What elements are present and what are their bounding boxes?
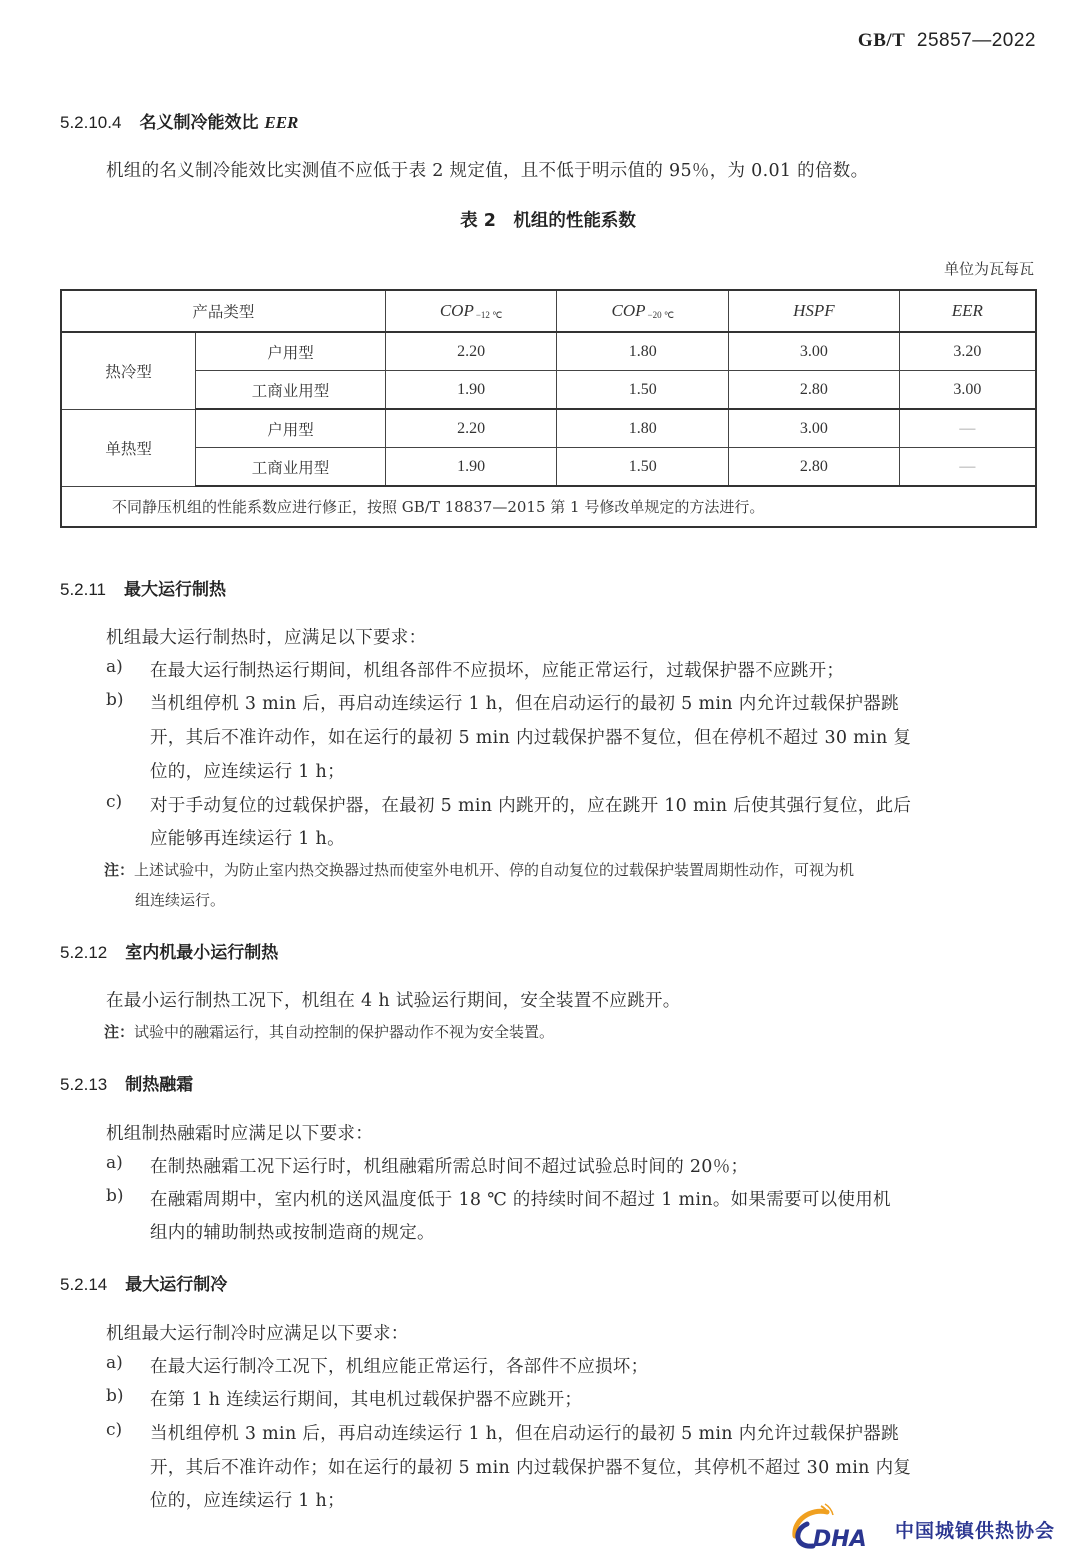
list-item: 在第 1 h 连续运行期间，其电机过载保护器不应跳开； bbox=[150, 1386, 582, 1411]
table-header-row: 产品类型 COP−12 ℃ COP−20 ℃ HSPF EER bbox=[61, 290, 1036, 332]
section-heading-5-2-13: 5.2.13制热融霜 bbox=[60, 1070, 193, 1095]
dha-watermark-logo: DHA 中国城镇供热协会 bbox=[787, 1502, 1057, 1552]
org-name: 中国城镇供热协会 bbox=[895, 1516, 1055, 1543]
note-text: 上述试验中，为防止室内热交换器过热而使室外电机开、停的自动复位的过载保护装置周期… bbox=[134, 861, 854, 879]
eer-cell: — bbox=[899, 448, 1036, 487]
type-cell: 户用型 bbox=[196, 332, 386, 371]
section-heading-5-2-14: 5.2.14最大运行制冷 bbox=[60, 1270, 227, 1295]
header-hspf: HSPF bbox=[729, 290, 900, 332]
svg-text:DHA: DHA bbox=[813, 1527, 867, 1552]
section-title: 最大运行制热 bbox=[124, 580, 226, 600]
note-label: 注： bbox=[104, 861, 134, 879]
group-name: 单热型 bbox=[61, 409, 196, 486]
table-caption: 表 2 机组的性能系数 bbox=[0, 207, 1080, 232]
note: 注：试验中的融霜运行，其自动控制的保护器动作不视为安全装置。 bbox=[104, 1021, 554, 1042]
list-item: 在最大运行制冷工况下，机组应能正常运行，各部件不应损坏； bbox=[150, 1353, 648, 1378]
section-number: 5.2.10.4 bbox=[60, 113, 121, 132]
hspf-cell: 3.00 bbox=[729, 332, 900, 371]
paragraph-body: 在最小运行制热工况下，机组在 4 h 试验运行期间，安全装置不应跳开。 bbox=[106, 987, 681, 1012]
list-item: 当机组停机 3 min 后，再启动连续运行 1 h，但在启动运行的最初 5 mi… bbox=[150, 690, 899, 715]
note-continued: 组连续运行。 bbox=[135, 889, 225, 910]
eer-cell: 3.00 bbox=[899, 371, 1036, 410]
header-eer: EER bbox=[899, 290, 1036, 332]
section-number: 5.2.12 bbox=[60, 943, 107, 962]
cop12-cell: 1.90 bbox=[385, 371, 557, 410]
paragraph-intro: 机组制热融霜时应满足以下要求： bbox=[106, 1120, 373, 1145]
list-item-continued: 应能够再连续运行 1 h。 bbox=[150, 825, 345, 850]
list-label: a) bbox=[106, 1353, 123, 1373]
list-label: b) bbox=[106, 1386, 124, 1406]
section-title: 制热融霜 bbox=[125, 1075, 193, 1095]
paragraph-eer: 机组的名义制冷能效比实测值不应低于表 2 规定值，且不低于明示值的 95％，为 … bbox=[106, 157, 868, 182]
header-cop-12: COP−12 ℃ bbox=[385, 290, 557, 332]
eer-cell: 3.20 bbox=[899, 332, 1036, 371]
list-label: c) bbox=[106, 1420, 122, 1440]
standard-prefix: GB/T bbox=[858, 30, 905, 51]
section-heading-5-2-11: 5.2.11最大运行制热 bbox=[60, 575, 226, 600]
list-item: 在制热融霜工况下运行时，机组融霜所需总时间不超过试验总时间的 20％； bbox=[150, 1153, 748, 1178]
table-row: 工商业用型 1.90 1.50 2.80 3.00 bbox=[61, 371, 1036, 410]
table-footnote: 不同静压机组的性能系数应进行修正，按照 GB/T 18837—2015 第 1 … bbox=[61, 486, 1036, 527]
list-label: c) bbox=[106, 792, 122, 812]
list-item: 当机组停机 3 min 后，再启动连续运行 1 h，但在启动运行的最初 5 mi… bbox=[150, 1420, 899, 1445]
list-item-continued: 开，其后不准许动作；如在运行的最初 5 min 内过载保护器不复位，其停机不超过… bbox=[150, 1454, 911, 1479]
list-item: 对于手动复位的过载保护器，在最初 5 min 内跳开的，应在跳开 10 min … bbox=[150, 792, 911, 817]
section-title: 名义制冷能效比 bbox=[139, 113, 258, 133]
header-cop-20: COP−20 ℃ bbox=[557, 290, 729, 332]
cop20-cell: 1.50 bbox=[557, 448, 729, 487]
list-item-continued: 组内的辅助制热或按制造商的规定。 bbox=[150, 1219, 435, 1244]
note-label: 注： bbox=[104, 1023, 134, 1041]
cop12-cell: 2.20 bbox=[385, 332, 557, 371]
standard-number: GB/T 25857—2022 bbox=[858, 30, 1036, 52]
table-row: 热冷型 户用型 2.20 1.80 3.00 3.20 bbox=[61, 332, 1036, 371]
hspf-cell: 2.80 bbox=[729, 371, 900, 410]
section-title-eer: EER bbox=[264, 113, 298, 132]
list-item: 在融霜周期中，室内机的送风温度低于 18 ℃ 的持续时间不超过 1 min。如果… bbox=[150, 1186, 891, 1211]
table-row: 工商业用型 1.90 1.50 2.80 — bbox=[61, 448, 1036, 487]
list-label: a) bbox=[106, 657, 123, 677]
cop20-cell: 1.50 bbox=[557, 371, 729, 410]
note-text: 试验中的融霜运行，其自动控制的保护器动作不视为安全装置。 bbox=[134, 1023, 554, 1041]
eer-cell: — bbox=[899, 409, 1036, 448]
type-cell: 工商业用型 bbox=[196, 448, 386, 487]
list-item-continued: 开，其后不准许动作，如在运行的最初 5 min 内过载保护器不复位，但在停机不超… bbox=[150, 724, 911, 749]
table-unit: 单位为瓦每瓦 bbox=[944, 258, 1034, 279]
section-heading-5-2-12: 5.2.12室内机最小运行制热 bbox=[60, 938, 278, 963]
section-number: 5.2.13 bbox=[60, 1075, 107, 1094]
cop12-cell: 2.20 bbox=[385, 409, 557, 448]
paragraph-intro: 机组最大运行制冷时应满足以下要求： bbox=[106, 1320, 409, 1345]
standard-number-value: 25857—2022 bbox=[917, 30, 1036, 51]
section-number: 5.2.11 bbox=[60, 580, 106, 599]
performance-table: 产品类型 COP−12 ℃ COP−20 ℃ HSPF EER 热冷型 户用型 … bbox=[60, 289, 1037, 528]
section-heading-5-2-10-4: 5.2.10.4名义制冷能效比 EER bbox=[60, 108, 298, 133]
table-row: 单热型 户用型 2.20 1.80 3.00 — bbox=[61, 409, 1036, 448]
dha-logo-icon: DHA bbox=[787, 1502, 897, 1552]
section-title: 最大运行制冷 bbox=[125, 1275, 227, 1295]
list-item-continued: 位的，应连续运行 1 h； bbox=[150, 758, 345, 783]
header-product-type: 产品类型 bbox=[61, 290, 385, 332]
list-item-continued: 位的，应连续运行 1 h； bbox=[150, 1487, 345, 1512]
group-name: 热冷型 bbox=[61, 332, 196, 409]
list-label: b) bbox=[106, 1186, 124, 1206]
list-label: b) bbox=[106, 690, 124, 710]
paragraph-intro: 机组最大运行制热时，应满足以下要求： bbox=[106, 624, 426, 649]
list-label: a) bbox=[106, 1153, 123, 1173]
hspf-cell: 3.00 bbox=[729, 409, 900, 448]
list-item: 在最大运行制热运行期间，机组各部件不应损坏，应能正常运行，过载保护器不应跳开； bbox=[150, 657, 844, 682]
note: 注：上述试验中，为防止室内热交换器过热而使室外电机开、停的自动复位的过载保护装置… bbox=[104, 859, 854, 880]
cop20-cell: 1.80 bbox=[557, 332, 729, 371]
hspf-cell: 2.80 bbox=[729, 448, 900, 487]
table-footnote-row: 不同静压机组的性能系数应进行修正，按照 GB/T 18837—2015 第 1 … bbox=[61, 486, 1036, 527]
cop20-cell: 1.80 bbox=[557, 409, 729, 448]
section-number: 5.2.14 bbox=[60, 1275, 107, 1294]
section-title: 室内机最小运行制热 bbox=[125, 943, 278, 963]
type-cell: 工商业用型 bbox=[196, 371, 386, 410]
cop12-cell: 1.90 bbox=[385, 448, 557, 487]
type-cell: 户用型 bbox=[196, 409, 386, 448]
